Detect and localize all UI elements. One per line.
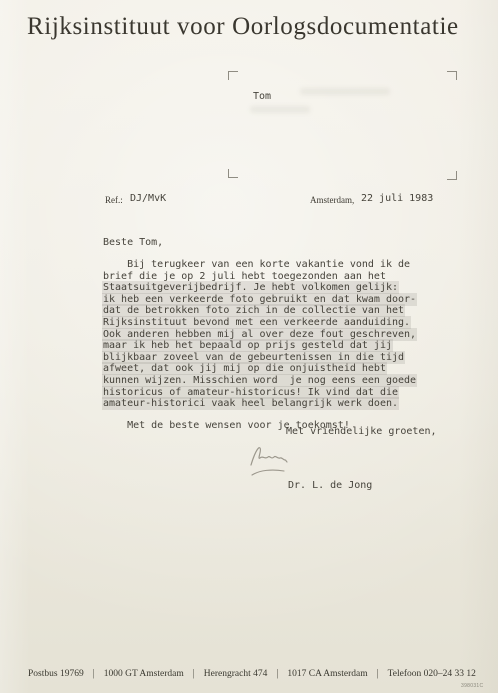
letter-body-line-text: historicus of amateur-historicus! Ik vin… — [103, 387, 398, 398]
scanned-letter-page: { "masthead": { "title": "Rijksinstituut… — [0, 0, 498, 693]
letter-body-line-text: Ook anderen hebben mij al over deze fout… — [103, 329, 416, 340]
footer-postcode-street: 1017 CA Amsterdam — [287, 669, 367, 679]
letter-body-line: Ook anderen hebben mij al over deze fout… — [103, 329, 416, 341]
letter-body-line-text: maar ik heb het bepaald op prijs gesteld… — [103, 340, 392, 351]
footer-separator: | — [377, 668, 379, 679]
letter-body-line: brief die je op 2 juli hebt toegezonden … — [103, 271, 416, 283]
letterhead-footer: Postbus 19769 | 1000 GT Amsterdam | Here… — [28, 668, 476, 679]
footer-postcode-postbus: 1000 GT Amsterdam — [104, 669, 184, 679]
letter-body-line: Rijksinstituut bevond met een verkeerde … — [103, 317, 416, 329]
dateline-date: 22 juli 1983 — [361, 193, 433, 205]
letter-body-line-text: Staatsuitgeverijbedrijf. Je hebt volkome… — [103, 282, 398, 293]
handwritten-signature — [244, 443, 300, 479]
letter-body-line-text: Rijksinstituut bevond met een verkeerde … — [103, 317, 410, 328]
recipient-name: Tom — [253, 91, 271, 103]
letter-body-line: Bij terugkeer van een korte vakantie von… — [103, 259, 416, 271]
address-window-corner-top-right — [447, 71, 457, 80]
print-code: 398031C — [461, 683, 483, 689]
valediction: Met vriendelijke groeten, — [286, 426, 437, 438]
letter-body-line-text: Bij terugkeer van een korte vakantie von… — [103, 259, 410, 270]
letter-body-line: dat de betrokken foto zich in de collect… — [103, 305, 416, 317]
footer-separator: | — [276, 668, 278, 679]
address-window-corner-bottom-right — [447, 171, 457, 180]
footer-telephone: Telefoon 020–24 33 12 — [388, 669, 476, 679]
letter-body-line-text: kunnen wijzen. Misschien word je nog een… — [103, 375, 416, 386]
letter-body-line-text: afweet, dat ook jij mij op die onjuisthe… — [103, 363, 386, 374]
letter-body-line: historicus of amateur-historicus! Ik vin… — [103, 387, 416, 399]
letter-body-line-text: blijkbaar zoveel van de gebeurtenissen i… — [103, 352, 404, 363]
letter-body-line: blijkbaar zoveel van de gebeurtenissen i… — [103, 352, 416, 364]
erased-text-smudge — [300, 88, 390, 95]
footer-separator: | — [193, 668, 195, 679]
letter-body-line-text: dat de betrokken foto zich in de collect… — [103, 305, 404, 316]
dateline-city: Amsterdam, — [310, 195, 354, 205]
letter-body-line-text: ik heb een verkeerde foto gebruikt en da… — [103, 294, 416, 305]
letter-body: Bij terugkeer van een korte vakantie von… — [103, 259, 416, 410]
letter-body-line: ik heb een verkeerde foto gebruikt en da… — [103, 294, 416, 306]
letter-body-line-text: amateur-historici vaak heel belangrijk w… — [103, 398, 398, 409]
reference-value: DJ/MvK — [130, 193, 166, 205]
salutation: Beste Tom, — [103, 237, 163, 249]
erased-text-smudge — [250, 106, 310, 113]
footer-street: Herengracht 474 — [204, 669, 268, 679]
letter-body-line: amateur-historici vaak heel belangrijk w… — [103, 398, 416, 410]
address-window-corner-bottom-left — [228, 169, 238, 178]
letter-body-line: maar ik heb het bepaald op prijs gesteld… — [103, 340, 416, 352]
letter-body-line: Staatsuitgeverijbedrijf. Je hebt volkome… — [103, 282, 416, 294]
signer-name: Dr. L. de Jong — [288, 480, 372, 492]
letter-body-line-text: brief die je op 2 juli hebt toegezonden … — [103, 271, 386, 282]
footer-postbus: Postbus 19769 — [28, 669, 84, 679]
address-window-corner-top-left — [228, 71, 238, 80]
letter-body-line: kunnen wijzen. Misschien word je nog een… — [103, 375, 416, 387]
footer-separator: | — [93, 668, 95, 679]
letterhead-title: Rijksinstituut voor Oorlogsdocumentatie — [27, 13, 459, 41]
letter-body-line: afweet, dat ook jij mij op die onjuisthe… — [103, 363, 416, 375]
reference-label: Ref.: — [105, 195, 123, 205]
